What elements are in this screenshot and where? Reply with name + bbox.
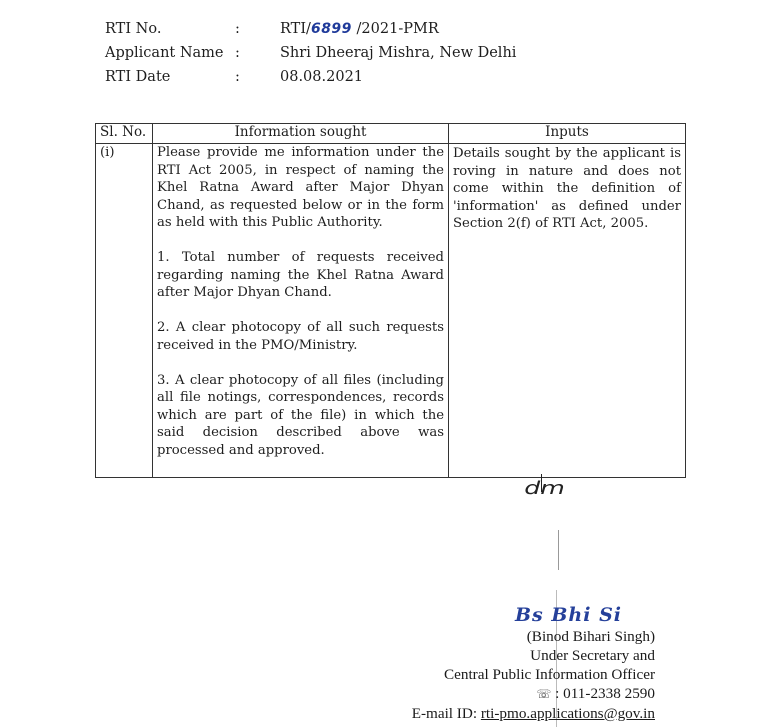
rti-no-handwritten-number: 6899 <box>311 21 352 37</box>
header-inputs: Inputs <box>449 124 686 144</box>
rti-no-prefix: RTI/ <box>280 21 311 37</box>
signature: Bs Bhi Si <box>515 604 622 626</box>
inputs-text: Details sought by the applicant is rovin… <box>453 144 681 233</box>
colon: : <box>235 65 240 89</box>
applicant-label: Applicant Name <box>105 41 224 65</box>
signatory-block: (Binod Bihari Singh) Under Secretary and… <box>412 627 655 723</box>
table-header-row: Sl. No. Information sought Inputs <box>96 124 686 144</box>
cell-inputs: Details sought by the applicant is rovin… <box>449 144 686 478</box>
colon: : <box>235 41 240 65</box>
rti-no-suffix: /2021-PMR <box>352 21 439 37</box>
rti-no-value: RTI/6899 /2021-PMR <box>280 17 439 41</box>
telephone-icon: ☏ <box>536 687 551 701</box>
rti-response-table: Sl. No. Information sought Inputs (i) Pl… <box>95 123 686 478</box>
info-paragraph: 1. Total number of requests received reg… <box>157 249 444 302</box>
signatory-phone-line: ☏ : 011-2338 2590 <box>412 684 655 704</box>
signatory-designation-cpio: Central Public Information Officer <box>412 665 655 684</box>
rti-date-label: RTI Date <box>105 65 170 89</box>
cell-information-sought: Please provide me information under the … <box>153 144 449 478</box>
signatory-name: (Binod Bihari Singh) <box>412 627 655 646</box>
cell-sl-no: (i) <box>96 144 153 478</box>
info-paragraph: 3. A clear photocopy of all files (inclu… <box>157 372 444 460</box>
info-paragraph: Please provide me information under the … <box>157 144 444 232</box>
rti-date-value: 08.08.2021 <box>280 65 363 89</box>
email-label: E-mail ID: <box>412 705 481 722</box>
signatory-designation: Under Secretary and <box>412 646 655 665</box>
colon: : <box>235 17 240 41</box>
header-sl-no: Sl. No. <box>96 124 153 144</box>
signatory-email-line: E-mail ID: rti-pmo.applications@gov.in <box>412 704 655 723</box>
handwritten-initials: dm <box>524 478 565 499</box>
applicant-value: Shri Dheeraj Mishra, New Delhi <box>280 41 516 65</box>
table-row: (i) Please provide me information under … <box>96 144 686 478</box>
header-information-sought: Information sought <box>153 124 449 144</box>
scan-mark <box>558 530 559 570</box>
signatory-phone: : 011-2338 2590 <box>555 685 655 702</box>
rti-no-label: RTI No. <box>105 17 161 41</box>
email-link[interactable]: rti-pmo.applications@gov.in <box>481 705 655 722</box>
info-paragraph: 2. A clear photocopy of all such request… <box>157 319 444 354</box>
